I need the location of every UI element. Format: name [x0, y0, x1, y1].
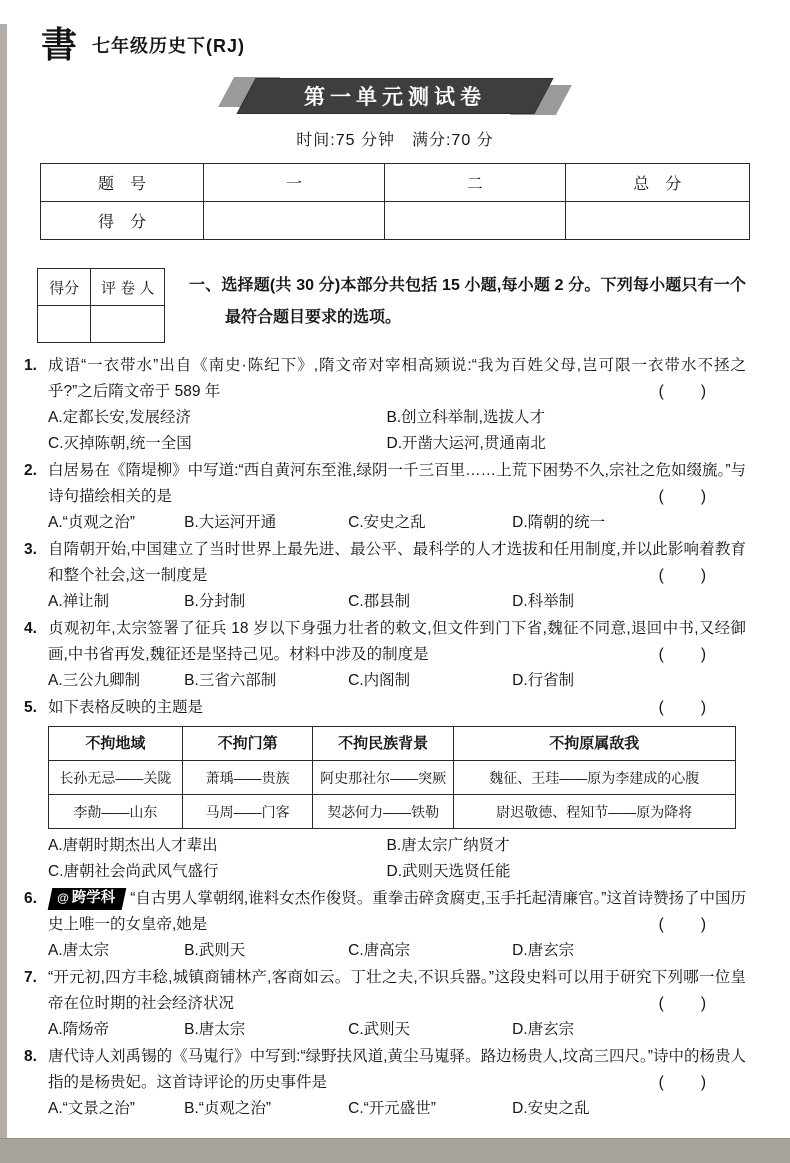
option-b: B.武则天 — [184, 938, 348, 964]
table-row: 长孙无忌——关陇 萧瑀——贵族 阿史那社尔——突厥 魏征、王珪——原为李建成的心… — [49, 761, 736, 795]
question-5: 5. 如下表格反映的主题是( ) 不拘地域 不拘门第 不拘民族背景 不拘原属敌我… — [24, 695, 746, 885]
option-b: B.“贞观之治” — [184, 1096, 348, 1122]
option-c: C.安史之乱 — [348, 510, 512, 536]
grader-score-cell — [38, 306, 91, 343]
q5-th-2: 不拘门第 — [182, 727, 312, 761]
scan-edge-left — [0, 24, 7, 1163]
option-b: B.唐太宗广纳贤才 — [387, 833, 746, 859]
question-4: 4. 贞观初年,太宗签署了征兵 18 岁以下身强力壮者的敕文,但文件到门下省,魏… — [24, 616, 746, 694]
question-number: 1. — [24, 353, 48, 457]
q5-cell: 萧瑀——贵族 — [182, 761, 312, 795]
table-row: 题 号 一 二 总 分 — [41, 164, 750, 202]
book-title: 七年级历史下(RJ) — [92, 32, 245, 58]
option-d: D.科举制 — [512, 589, 746, 615]
question-options: A.“贞观之治” B.大运河开通 C.安史之乱 D.隋朝的统一 — [48, 510, 746, 536]
unit-test-banner: 第一单元测试卷 — [0, 78, 790, 114]
option-b: B.分封制 — [184, 589, 348, 615]
answer-bracket: ( ) — [659, 642, 708, 668]
question-options: A.定都长安,发展经济 B.创立科举制,选拔人才 C.灭掉陈朝,统一全国 D.开… — [48, 405, 746, 457]
question-options: A.禅让制 B.分封制 C.郡县制 D.科举制 — [48, 589, 746, 615]
score-table-col-1: 一 — [204, 164, 385, 202]
option-c: C.“开元盛世” — [348, 1096, 512, 1122]
option-a: A.唐太宗 — [48, 938, 184, 964]
grader-label: 评 卷 人 — [91, 269, 165, 306]
option-b: B.创立科举制,选拔人才 — [387, 405, 746, 431]
option-a: A.定都长安,发展经济 — [48, 405, 387, 431]
option-b: B.大运河开通 — [184, 510, 348, 536]
grader-cell — [91, 306, 165, 343]
question-stem: 唐代诗人刘禹锡的《马嵬行》中写到:“绿野扶风道,黄尘马嵬驿。路边杨贵人,坟高三四… — [48, 1044, 746, 1096]
question-number: 3. — [24, 537, 48, 615]
option-c: C.内阁制 — [348, 668, 512, 694]
question-number: 8. — [24, 1044, 48, 1122]
question-options: A.唐太宗 B.武则天 C.唐高宗 D.唐玄宗 — [48, 938, 746, 964]
score-table-col-total: 总 分 — [565, 164, 749, 202]
question-stem: 如下表格反映的主题是( ) — [48, 695, 746, 721]
answer-bracket: ( ) — [659, 379, 708, 405]
question-stem: @跨学科“自古男人掌朝纲,谁料女杰作俊贤。重拳击碎贪腐吏,玉手托起清廉官。”这首… — [48, 886, 746, 938]
question-options: A.隋炀帝 B.唐太宗 C.武则天 D.唐玄宗 — [48, 1017, 746, 1043]
question-stem: 自隋朝开始,中国建立了当时世界上最先进、最公平、最科学的人才选拔和任用制度,并以… — [48, 537, 746, 589]
grader-score-label: 得分 — [38, 269, 91, 306]
question-stem: 白居易在《隋堤柳》中写道:“西自黄河东至淮,绿阴一千三百里……上荒下困势不久,宗… — [48, 458, 746, 510]
q5-cell: 尉迟敬德、程知节——原为降将 — [454, 795, 735, 829]
answer-bracket: ( ) — [659, 695, 708, 721]
table-row: 得分 评 卷 人 — [38, 269, 165, 306]
score-cell — [565, 202, 749, 240]
score-cell — [204, 202, 385, 240]
option-a: A.“文景之治” — [48, 1096, 184, 1122]
option-a: A.唐朝时期杰出人才辈出 — [48, 833, 387, 859]
section-one-heading: 一、选择题(共 30 分)本部分共包括 15 小题,每小题 2 分。下列每小题只… — [165, 268, 746, 343]
banner-title-bar: 第一单元测试卷 — [236, 78, 553, 114]
question-6: 6. @跨学科“自古男人掌朝纲,谁料女杰作俊贤。重拳击碎贪腐吏,玉手托起清廉官。… — [24, 886, 746, 964]
question-number: 2. — [24, 458, 48, 536]
score-row-label: 得 分 — [41, 202, 204, 240]
option-a: A.禅让制 — [48, 589, 184, 615]
option-b: B.三省六部制 — [184, 668, 348, 694]
page-header: 書 七年级历史下(RJ) — [0, 0, 790, 64]
question-2: 2. 白居易在《隋堤柳》中写道:“西自黄河东至淮,绿阴一千三百里……上荒下困势不… — [24, 458, 746, 536]
option-d: D.安史之乱 — [512, 1096, 746, 1122]
banner-title: 第一单元测试卷 — [304, 81, 486, 111]
question-options: A.三公九卿制 B.三省六部制 C.内阁制 D.行省制 — [48, 668, 746, 694]
question-options: A.唐朝时期杰出人才辈出 B.唐太宗广纳贤才 C.唐朝社会尚武风气盛行 D.武则… — [48, 833, 746, 885]
table-row: 不拘地域 不拘门第 不拘民族背景 不拘原属敌我 — [49, 727, 736, 761]
q5-talent-table: 不拘地域 不拘门第 不拘民族背景 不拘原属敌我 长孙无忌——关陇 萧瑀——贵族 … — [48, 726, 736, 829]
option-c: C.武则天 — [348, 1017, 512, 1043]
badge-label: 跨学科 — [72, 890, 116, 906]
question-options: A.“文景之治” B.“贞观之治” C.“开元盛世” D.安史之乱 — [48, 1096, 746, 1122]
q5-cell: 长孙无忌——关陇 — [49, 761, 183, 795]
answer-bracket: ( ) — [659, 563, 708, 589]
option-d: D.行省制 — [512, 668, 746, 694]
answer-bracket: ( ) — [659, 484, 708, 510]
q5-th-3: 不拘民族背景 — [313, 727, 454, 761]
answer-bracket: ( ) — [659, 991, 708, 1017]
question-number: 7. — [24, 965, 48, 1043]
option-c: C.唐朝社会尚武风气盛行 — [48, 859, 387, 885]
option-d: D.隋朝的统一 — [512, 510, 746, 536]
scan-edge-bottom — [0, 1138, 790, 1163]
answer-bracket: ( ) — [659, 912, 708, 938]
option-c: C.灭掉陈朝,统一全国 — [48, 431, 387, 457]
q5-cell: 阿史那社尔——突厥 — [313, 761, 454, 795]
option-d: D.武则天选贤任能 — [387, 859, 746, 885]
option-c: C.唐高宗 — [348, 938, 512, 964]
question-number: 4. — [24, 616, 48, 694]
score-cell — [384, 202, 565, 240]
question-number: 6. — [24, 886, 48, 964]
score-table-col-2: 二 — [384, 164, 565, 202]
time-score-line: 时间:75 分钟 满分:70 分 — [0, 127, 790, 150]
publisher-logo-icon: 書 — [40, 26, 78, 64]
q5-th-1: 不拘地域 — [49, 727, 183, 761]
option-d: D.唐玄宗 — [512, 938, 746, 964]
table-row: 李勣——山东 马周——门客 契苾何力——铁勒 尉迟敬德、程知节——原为降将 — [49, 795, 736, 829]
option-a: A.“贞观之治” — [48, 510, 184, 536]
q5-th-4: 不拘原属敌我 — [454, 727, 735, 761]
exam-paper-page: 書 七年级历史下(RJ) 第一单元测试卷 时间:75 分钟 满分:70 分 题 … — [0, 0, 790, 1163]
q5-cell: 魏征、王珪——原为李建成的心腹 — [454, 761, 735, 795]
option-d: D.开凿大运河,贯通南北 — [387, 431, 746, 457]
table-row — [38, 306, 165, 343]
question-3: 3. 自隋朝开始,中国建立了当时世界上最先进、最公平、最科学的人才选拔和任用制度… — [24, 537, 746, 615]
option-c: C.郡县制 — [348, 589, 512, 615]
score-summary-table: 题 号 一 二 总 分 得 分 — [40, 163, 750, 240]
cross-subject-badge: @跨学科 — [48, 888, 127, 910]
section-one-header: 得分 评 卷 人 一、选择题(共 30 分)本部分共包括 15 小题,每小题 2… — [37, 268, 746, 343]
q5-cell: 契苾何力——铁勒 — [313, 795, 454, 829]
question-8: 8. 唐代诗人刘禹锡的《马嵬行》中写到:“绿野扶风道,黄尘马嵬驿。路边杨贵人,坟… — [24, 1044, 746, 1122]
question-stem: 成语“一衣带水”出自《南史·陈纪下》,隋文帝对宰相高颎说:“我为百姓父母,岂可限… — [48, 353, 746, 405]
grader-score-box: 得分 评 卷 人 — [37, 268, 165, 343]
option-a: A.隋炀帝 — [48, 1017, 184, 1043]
table-row: 得 分 — [41, 202, 750, 240]
option-d: D.唐玄宗 — [512, 1017, 746, 1043]
option-b: B.唐太宗 — [184, 1017, 348, 1043]
question-stem: “开元初,四方丰稔,城镇商铺林产,客商如云。丁壮之夫,不识兵器。”这段史料可以用… — [48, 965, 746, 1017]
question-number: 5. — [24, 695, 48, 885]
q5-cell: 马周——门客 — [182, 795, 312, 829]
q5-cell: 李勣——山东 — [49, 795, 183, 829]
answer-bracket: ( ) — [659, 1070, 708, 1096]
question-7: 7. “开元初,四方丰稔,城镇商铺林产,客商如云。丁壮之夫,不识兵器。”这段史料… — [24, 965, 746, 1043]
question-1: 1. 成语“一衣带水”出自《南史·陈纪下》,隋文帝对宰相高颎说:“我为百姓父母,… — [24, 353, 746, 457]
cross-subject-icon: @ — [57, 888, 69, 909]
option-a: A.三公九卿制 — [48, 668, 184, 694]
question-stem: 贞观初年,太宗签署了征兵 18 岁以下身强力壮者的敕文,但文件到门下省,魏征不同… — [48, 616, 746, 668]
score-table-corner: 题 号 — [41, 164, 204, 202]
